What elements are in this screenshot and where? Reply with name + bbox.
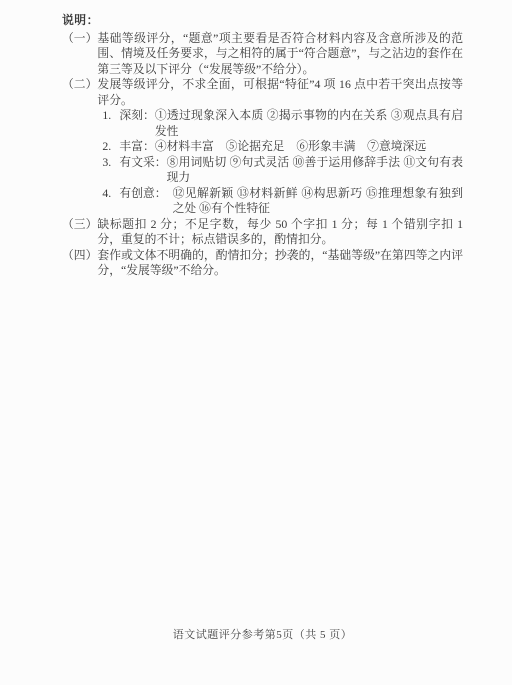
- item-label: 丰富：: [119, 139, 154, 155]
- section-label: （三）: [62, 217, 97, 233]
- section-label: （四）: [62, 248, 97, 264]
- item-number: 3.: [102, 155, 119, 171]
- notes-heading: 说明：: [62, 13, 463, 29]
- scanned-document-page: 说明： （一） 基础等级评分，“题意”项主要看是否符合材料内容及含意所涉及的范围…: [0, 0, 512, 685]
- page-footer: 语文试题评分参考第5页（共 5 页）: [62, 628, 463, 644]
- item-points: ④材料丰富 ⑤论据充足 ⑥形象丰满 ⑦意境深远: [155, 139, 463, 155]
- item-label: 有创意：: [119, 186, 166, 202]
- feature-item-3: 3. 有文采： ⑧用词贴切 ⑨句式灵活 ⑩善于运用修辞手法 ⑪文句有表现力: [102, 155, 463, 186]
- item-number: 4.: [102, 186, 119, 202]
- item-points: ⑧用词贴切 ⑨句式灵活 ⑩善于运用修辞手法 ⑪文句有表现力: [167, 155, 463, 186]
- note-section-1: （一） 基础等级评分，“题意”项主要看是否符合材料内容及含意所涉及的范围、情境及…: [62, 31, 463, 78]
- section-body: 发展等级评分，不求全面，可根据“特征”4 项 16 点中若干突出点按等评分。 1…: [97, 77, 463, 217]
- item-label: 有文采：: [119, 155, 166, 171]
- notes-block: 说明： （一） 基础等级评分，“题意”项主要看是否符合材料内容及含意所涉及的范围…: [62, 13, 463, 279]
- section-text: 套作或文体不明确的，酌情扣分；抄袭的，“基础等级”在第四等之内评分，“发展等级”…: [97, 248, 463, 279]
- item-points: ⑫见解新颖 ⑬材料新鲜 ⑭构思新巧 ⑮推理想象有独到之处 ⑯有个性特征: [173, 186, 463, 217]
- section-label: （二）: [62, 77, 97, 93]
- note-section-3: （三） 缺标题扣 2 分；不足字数，每少 50 个字扣 1 分；每 1 个错别字…: [62, 217, 463, 248]
- item-points: ①透过现象深入本质 ②揭示事物的内在关系 ③观点具有启发性: [155, 108, 463, 139]
- note-section-2: （二） 发展等级评分，不求全面，可根据“特征”4 项 16 点中若干突出点按等评…: [62, 77, 463, 217]
- feature-item-1: 1. 深刻： ①透过现象深入本质 ②揭示事物的内在关系 ③观点具有启发性: [102, 108, 463, 139]
- feature-item-4: 4. 有创意： ⑫见解新颖 ⑬材料新鲜 ⑭构思新巧 ⑮推理想象有独到之处 ⑯有个…: [102, 186, 463, 217]
- feature-item-2: 2. 丰富： ④材料丰富 ⑤论据充足 ⑥形象丰满 ⑦意境深远: [102, 139, 463, 155]
- item-number: 2.: [102, 139, 119, 155]
- section-text: 基础等级评分，“题意”项主要看是否符合材料内容及含意所涉及的范围、情境及任务要求…: [97, 31, 463, 78]
- note-section-4: （四） 套作或文体不明确的，酌情扣分；抄袭的，“基础等级”在第四等之内评分，“发…: [62, 248, 463, 279]
- item-label: 深刻：: [119, 108, 154, 124]
- item-number: 1.: [102, 108, 119, 124]
- section-label: （一）: [62, 31, 97, 47]
- section-text: 缺标题扣 2 分；不足字数，每少 50 个字扣 1 分；每 1 个错别字扣 1 …: [97, 217, 463, 248]
- feature-list: 1. 深刻： ①透过现象深入本质 ②揭示事物的内在关系 ③观点具有启发性 2. …: [102, 108, 463, 217]
- section-text: 发展等级评分，不求全面，可根据“特征”4 项 16 点中若干突出点按等评分。: [97, 77, 463, 108]
